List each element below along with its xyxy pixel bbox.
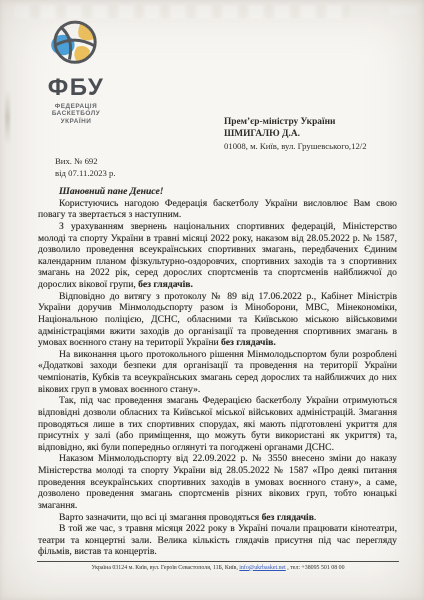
- salutation: Шановний пане Денисе!: [38, 186, 397, 198]
- org-name-line: БАСКЕТБОЛУ: [30, 110, 122, 117]
- scanned-letter-page: ФБУ ФЕДЕРАЦІЯ БАСКЕТБОЛУ УКРАЇНИ Прем’єр…: [0, 0, 424, 600]
- outgoing-number: Вих. № 692: [55, 156, 116, 168]
- outgoing-date: від 07.11.2023 р.: [55, 168, 116, 180]
- basketball-logo-icon: [47, 16, 105, 74]
- recipient-block: Прем’єр-міністру України ШМИГАЛЮ Д.А. 01…: [224, 116, 367, 152]
- recipient-name: ШМИГАЛЮ Д.А.: [224, 128, 367, 140]
- body-paragraph: На виконання цього протокольного рішення…: [38, 349, 397, 396]
- body-paragraph: Відповідно до витягу з протоколу № 89 ві…: [38, 291, 397, 349]
- body-paragraph: Користуючись нагодою Федерація баскетбол…: [38, 198, 397, 221]
- body-paragraph: З урахуванням звернень національних спор…: [38, 221, 397, 291]
- org-abbreviation: ФБУ: [30, 76, 122, 100]
- body-paragraph: Так, під час проведення змагань Федераці…: [38, 395, 397, 453]
- body-paragraph: В той же час, з травня місяця 2022 року …: [38, 523, 397, 558]
- body-paragraph: Наказом Мінмолодьспорту від 22.09.2022 р…: [38, 453, 397, 511]
- recipient-address: 01008, м. Київ, вул. Грушевського,12/2: [224, 140, 367, 152]
- letterhead: ФБУ ФЕДЕРАЦІЯ БАСКЕТБОЛУ УКРАЇНИ: [30, 16, 122, 125]
- footer-phone: , тел: +38095 501 08 00: [286, 565, 345, 571]
- org-name: ФЕДЕРАЦІЯ БАСКЕТБОЛУ УКРАЇНИ: [30, 103, 122, 125]
- email-link[interactable]: info@ukrbasket.net: [239, 565, 285, 571]
- letter-footer: Україна 03124 м. Київ, вул. Героїв Севас…: [37, 561, 399, 572]
- scan-edge-artifact: [5, 90, 10, 145]
- footer-address: Україна 03124 м. Київ, вул. Героїв Севас…: [91, 565, 239, 571]
- reference-block: Вих. № 692 від 07.11.2023 р.: [55, 156, 116, 179]
- body-paragraph: Варто зазначити, що всі ці змагання пров…: [38, 512, 397, 524]
- recipient-title: Прем’єр-міністру України: [224, 116, 367, 128]
- letter-body: Шановний пане Денисе! Користуючись нагод…: [38, 186, 397, 558]
- org-name-line: УКРАЇНИ: [30, 118, 122, 125]
- scan-corner-artifact: [389, 6, 417, 15]
- org-name-line: ФЕДЕРАЦІЯ: [30, 103, 122, 110]
